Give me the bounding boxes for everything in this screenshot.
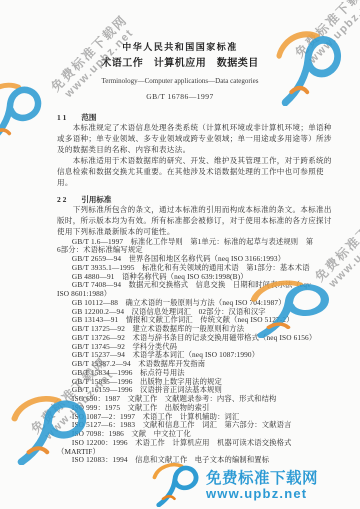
standard-title-cn: 术语工作 计算机应用 数据类目	[0, 54, 360, 69]
brand-text: 免费标准下载网 www.upbz.net	[206, 470, 318, 500]
text-line: 版时，所示版本均为有效。所有标准都会被修订，对于使用本标准的各方应探讨	[57, 216, 329, 227]
text-line: 及的数据类目的名称、内容和表达法。	[57, 145, 329, 156]
brand-block: 免费标准下载网 www.upbz.net	[148, 461, 318, 507]
scope-heading: 1 1 范围	[57, 112, 329, 123]
document-header: 中华人民共和国国家标准 术语工作 计算机应用 数据类目 Terminology—…	[0, 40, 360, 101]
document-body: 1 1 范围 本标准规定了术语信息处理各类系统（计算机环境或非计算机环境；单语种…	[57, 112, 329, 465]
text-line: 用。	[57, 178, 329, 189]
text-line: 或多语种；单专业领域、多专业领域或跨专业领域；单一用途或多用途等）所涉	[57, 134, 329, 145]
up-logo-icon	[148, 461, 202, 507]
scope-paragraphs: 本标准规定了术语信息处理各类系统（计算机环境或非计算机环境；单语种或多语种；单专…	[57, 123, 329, 189]
standard-title-en: Terminology—Computer applications—Data c…	[0, 77, 360, 85]
references-list: GB/T 1.6—1997 标准化工作导则 第1单元：标准的起草与表述规则 第6…	[57, 238, 329, 466]
references-heading: 2 2 引用标准	[57, 194, 329, 205]
brand-site-url: www.upbz.net	[206, 487, 318, 500]
text-line: 使用下列标准最新版本的可能性。	[57, 227, 329, 238]
text-line: 本标准适用于术语数据库的研究、开发、维护及其管理工作，对于跨系统的	[57, 156, 329, 167]
standard-number: GB/T 16786—1997	[0, 92, 360, 101]
references-intro: 下列标准所包含的条文，通过本标准的引用而构成本标准的条文。本标准出版时，所示版本…	[57, 205, 329, 238]
brand-site-name: 免费标准下载网	[206, 470, 318, 487]
text-line: 下列标准所包含的条文，通过本标准的引用而构成本标准的条文。本标准出	[57, 205, 329, 216]
document-page: 中华人民共和国国家标准 术语工作 计算机应用 数据类目 Terminology—…	[0, 0, 360, 509]
standard-country-title: 中华人民共和国国家标准	[0, 40, 360, 53]
text-line: 信息检索和数据交换尤其重要。在其他涉及术语数据处理的工作中也可参照使	[57, 167, 329, 178]
text-line: 本标准规定了术语信息处理各类系统（计算机环境或非计算机环境；单语种	[57, 123, 329, 134]
